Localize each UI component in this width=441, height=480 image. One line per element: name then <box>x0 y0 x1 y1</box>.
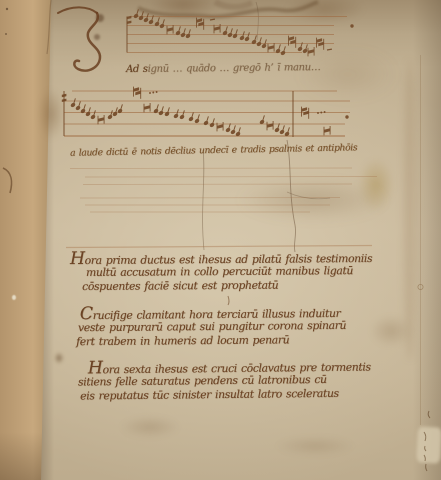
rubric-lead: Ad s <box>126 64 148 75</box>
rubric-line: Ad signū … quādo … gregō h’ ī manu… <box>126 62 320 75</box>
text-line: cōspuentes faciē sicut est prophetatū <box>70 278 372 294</box>
rubric-rest: ignū … quādo … gregō h’ ī manu… <box>147 62 320 75</box>
text-line: multū accusatum in collo percuciūt manib… <box>70 264 372 280</box>
stanza-tertia: Crucifige clamitant hora terciarū illusu… <box>76 306 346 349</box>
text-line: veste purpurarū caput sui pungitur coron… <box>76 319 346 335</box>
page: Ad signū … quādo … gregō h’ ī manu… a la… <box>0 0 441 480</box>
stanza-sexta: Hora sexta ihesus est cruci cōclavatus p… <box>76 359 371 402</box>
text-line: fert trabem in humeris ad locum penarū <box>76 333 346 349</box>
stanza-prima: Hora prima ductus est ihesus ad pilatū f… <box>70 251 373 293</box>
